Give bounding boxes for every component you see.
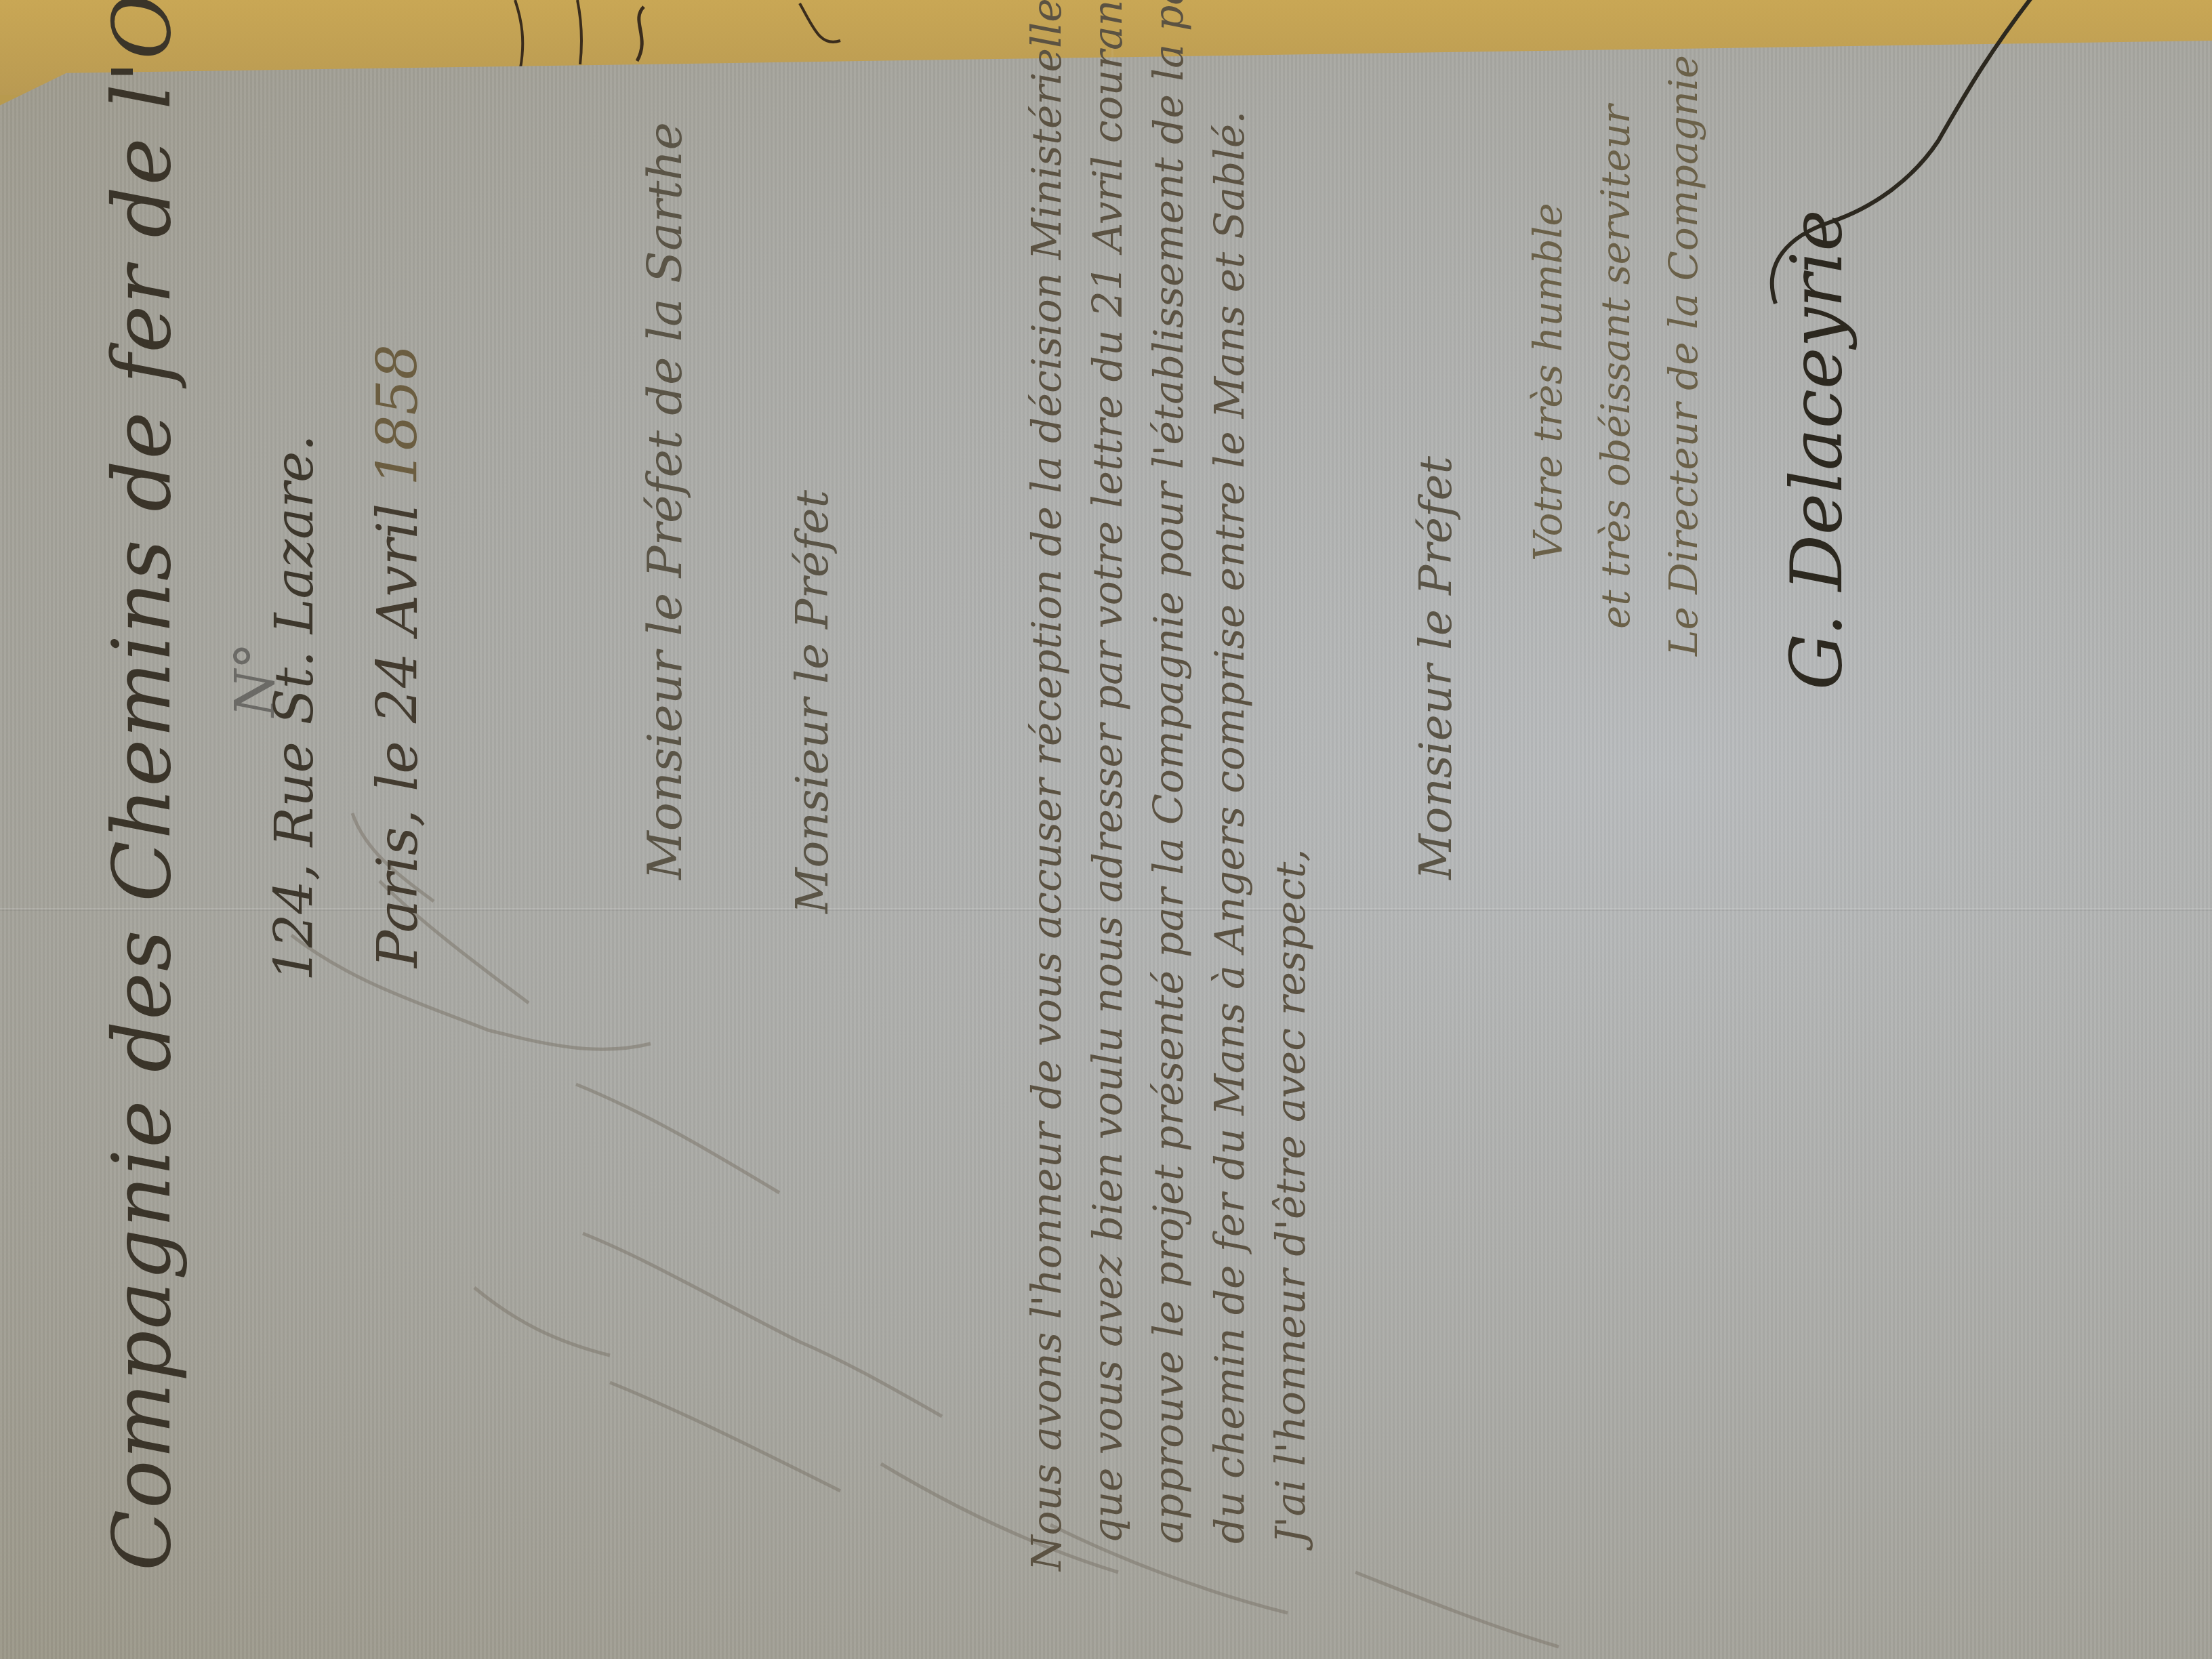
body-line: Nous avons l'honneur de vous accuser réc…	[1023, 0, 1071, 1571]
body-line: du chemin de fer du Mans à Angers compri…	[1206, 111, 1254, 1544]
body-line: que vous avez bien voulu nous adresser p…	[1084, 0, 1132, 1544]
closing-salutation: Monsieur le Préfet	[1410, 456, 1462, 880]
opening-salutation: Monsieur le Préfet	[786, 490, 838, 914]
signature-flourish	[1735, 0, 2060, 317]
closing-line: Votre très humble	[1525, 203, 1571, 561]
body-line: J'ai l'honneur d'être avec respect,	[1267, 848, 1315, 1544]
letter-content: Compagnie des Chemins de fer de l'Ouest …	[0, 0, 2212, 1659]
addressee: Monsieur le Préfet de la Sarthe	[637, 122, 693, 880]
place-date-text: Paris, le 24 Avril	[366, 504, 430, 968]
date-year: 1858	[366, 344, 430, 486]
company-address: 124, Rue St. Lazare.	[264, 434, 325, 981]
closing-line: Le Directeur de la Compagnie	[1660, 55, 1706, 656]
body-line: approuve le projet présenté par la Compa…	[1145, 0, 1193, 1544]
letterhead: Compagnie des Chemins de fer de l'Ouest	[95, 0, 188, 1571]
closing-line: et très obéissant serviteur	[1593, 104, 1639, 629]
place-and-date: Paris, le 24 Avril 1858	[366, 344, 430, 968]
